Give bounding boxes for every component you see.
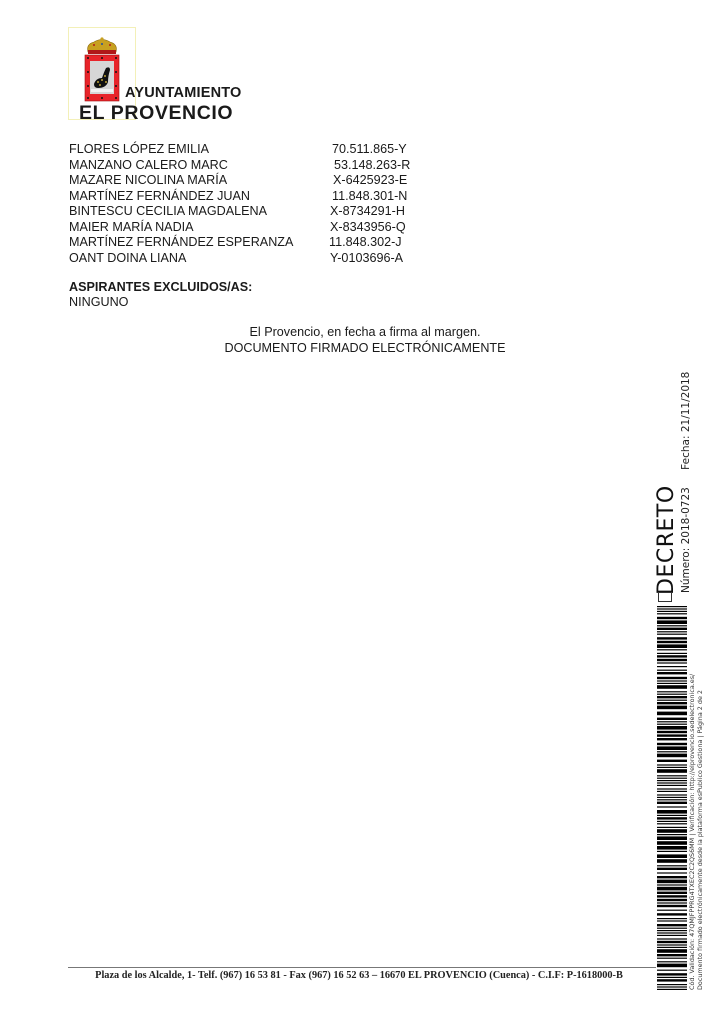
applicant-name: MARTÍNEZ FERNÁNDEZ JUAN: [69, 189, 250, 205]
coat-of-arms-icon: [82, 36, 122, 104]
org-name-line1: AYUNTAMIENTO: [125, 85, 242, 101]
footer-divider: [68, 967, 656, 968]
applicant-name: MANZANO CALERO MARC: [69, 158, 228, 174]
list-item: MAIER MARÍA NADIAX-8343956-Q: [69, 220, 429, 236]
applicant-id: 11.848.301-N: [332, 189, 407, 205]
list-item: OANT DOINA LIANAY-0103696-A: [69, 251, 429, 267]
signature-place-date: El Provencio, en fecha a firma al margen…: [190, 325, 540, 341]
org-name-line2: EL PROVENCIO: [79, 102, 233, 125]
decree-stamp: DECRETO Número: 2018-0723 Fecha: 21/11/2…: [652, 395, 700, 605]
applicant-name: MAIER MARÍA NADIA: [69, 220, 194, 236]
decree-date: 21/11/2018: [680, 372, 692, 433]
decree-meta: Número: 2018-0723 Fecha: 21/11/2018: [680, 372, 692, 593]
stamp-marker-box: [658, 592, 672, 602]
applicant-id: X-6425923-E: [333, 173, 407, 189]
decree-date-label: Fecha:: [680, 436, 692, 470]
signature-block: El Provencio, en fecha a firma al margen…: [190, 325, 540, 356]
signature-notice: DOCUMENTO FIRMADO ELECTRÓNICAMENTE: [190, 341, 540, 357]
list-item: MARTÍNEZ FERNÁNDEZ JUAN11.848.301-N: [69, 189, 429, 205]
applicant-id: 11.848.302-J: [329, 235, 402, 251]
verification-code: Cód. Validación: 47QMJFPPRG4TXEC2C2QS6MM…: [688, 650, 696, 990]
applicant-id: 70.511.865-Y: [332, 142, 407, 158]
footer-address: Plaza de los Alcalde, 1- Telf. (967) 16 …: [69, 970, 649, 981]
admitted-list: FLORES LÓPEZ EMILIA70.511.865-Y MANZANO …: [69, 142, 429, 266]
list-item: BINTESCU CECILIA MAGDALENAX-8734291-H: [69, 204, 429, 220]
applicant-name: FLORES LÓPEZ EMILIA: [69, 142, 209, 158]
applicant-id: X-8734291-H: [330, 204, 405, 220]
verification-platform: Documento firmado electrónicamente desde…: [696, 650, 704, 990]
applicant-name: MARTÍNEZ FERNÁNDEZ ESPERANZA: [69, 235, 293, 251]
excluded-value: NINGUNO: [69, 295, 128, 309]
applicant-id: X-8343956-Q: [330, 220, 406, 236]
decree-type: DECRETO: [654, 485, 679, 595]
barcode-icon: [657, 606, 687, 990]
decree-number: 2018-0723: [680, 487, 692, 544]
applicant-id: 53.148.263-R: [334, 158, 410, 174]
applicant-id: Y-0103696-A: [330, 251, 403, 267]
excluded-heading: ASPIRANTES EXCLUIDOS/AS:: [69, 280, 252, 294]
applicant-name: OANT DOINA LIANA: [69, 251, 186, 267]
list-item: MANZANO CALERO MARC53.148.263-R: [69, 158, 429, 174]
applicant-name: BINTESCU CECILIA MAGDALENA: [69, 204, 267, 220]
list-item: FLORES LÓPEZ EMILIA70.511.865-Y: [69, 142, 429, 158]
applicant-name: MAZARE NICOLINA MARÍA: [69, 173, 227, 189]
decree-number-label: Número:: [680, 548, 692, 593]
list-item: MARTÍNEZ FERNÁNDEZ ESPERANZA11.848.302-J: [69, 235, 429, 251]
list-item: MAZARE NICOLINA MARÍAX-6425923-E: [69, 173, 429, 189]
